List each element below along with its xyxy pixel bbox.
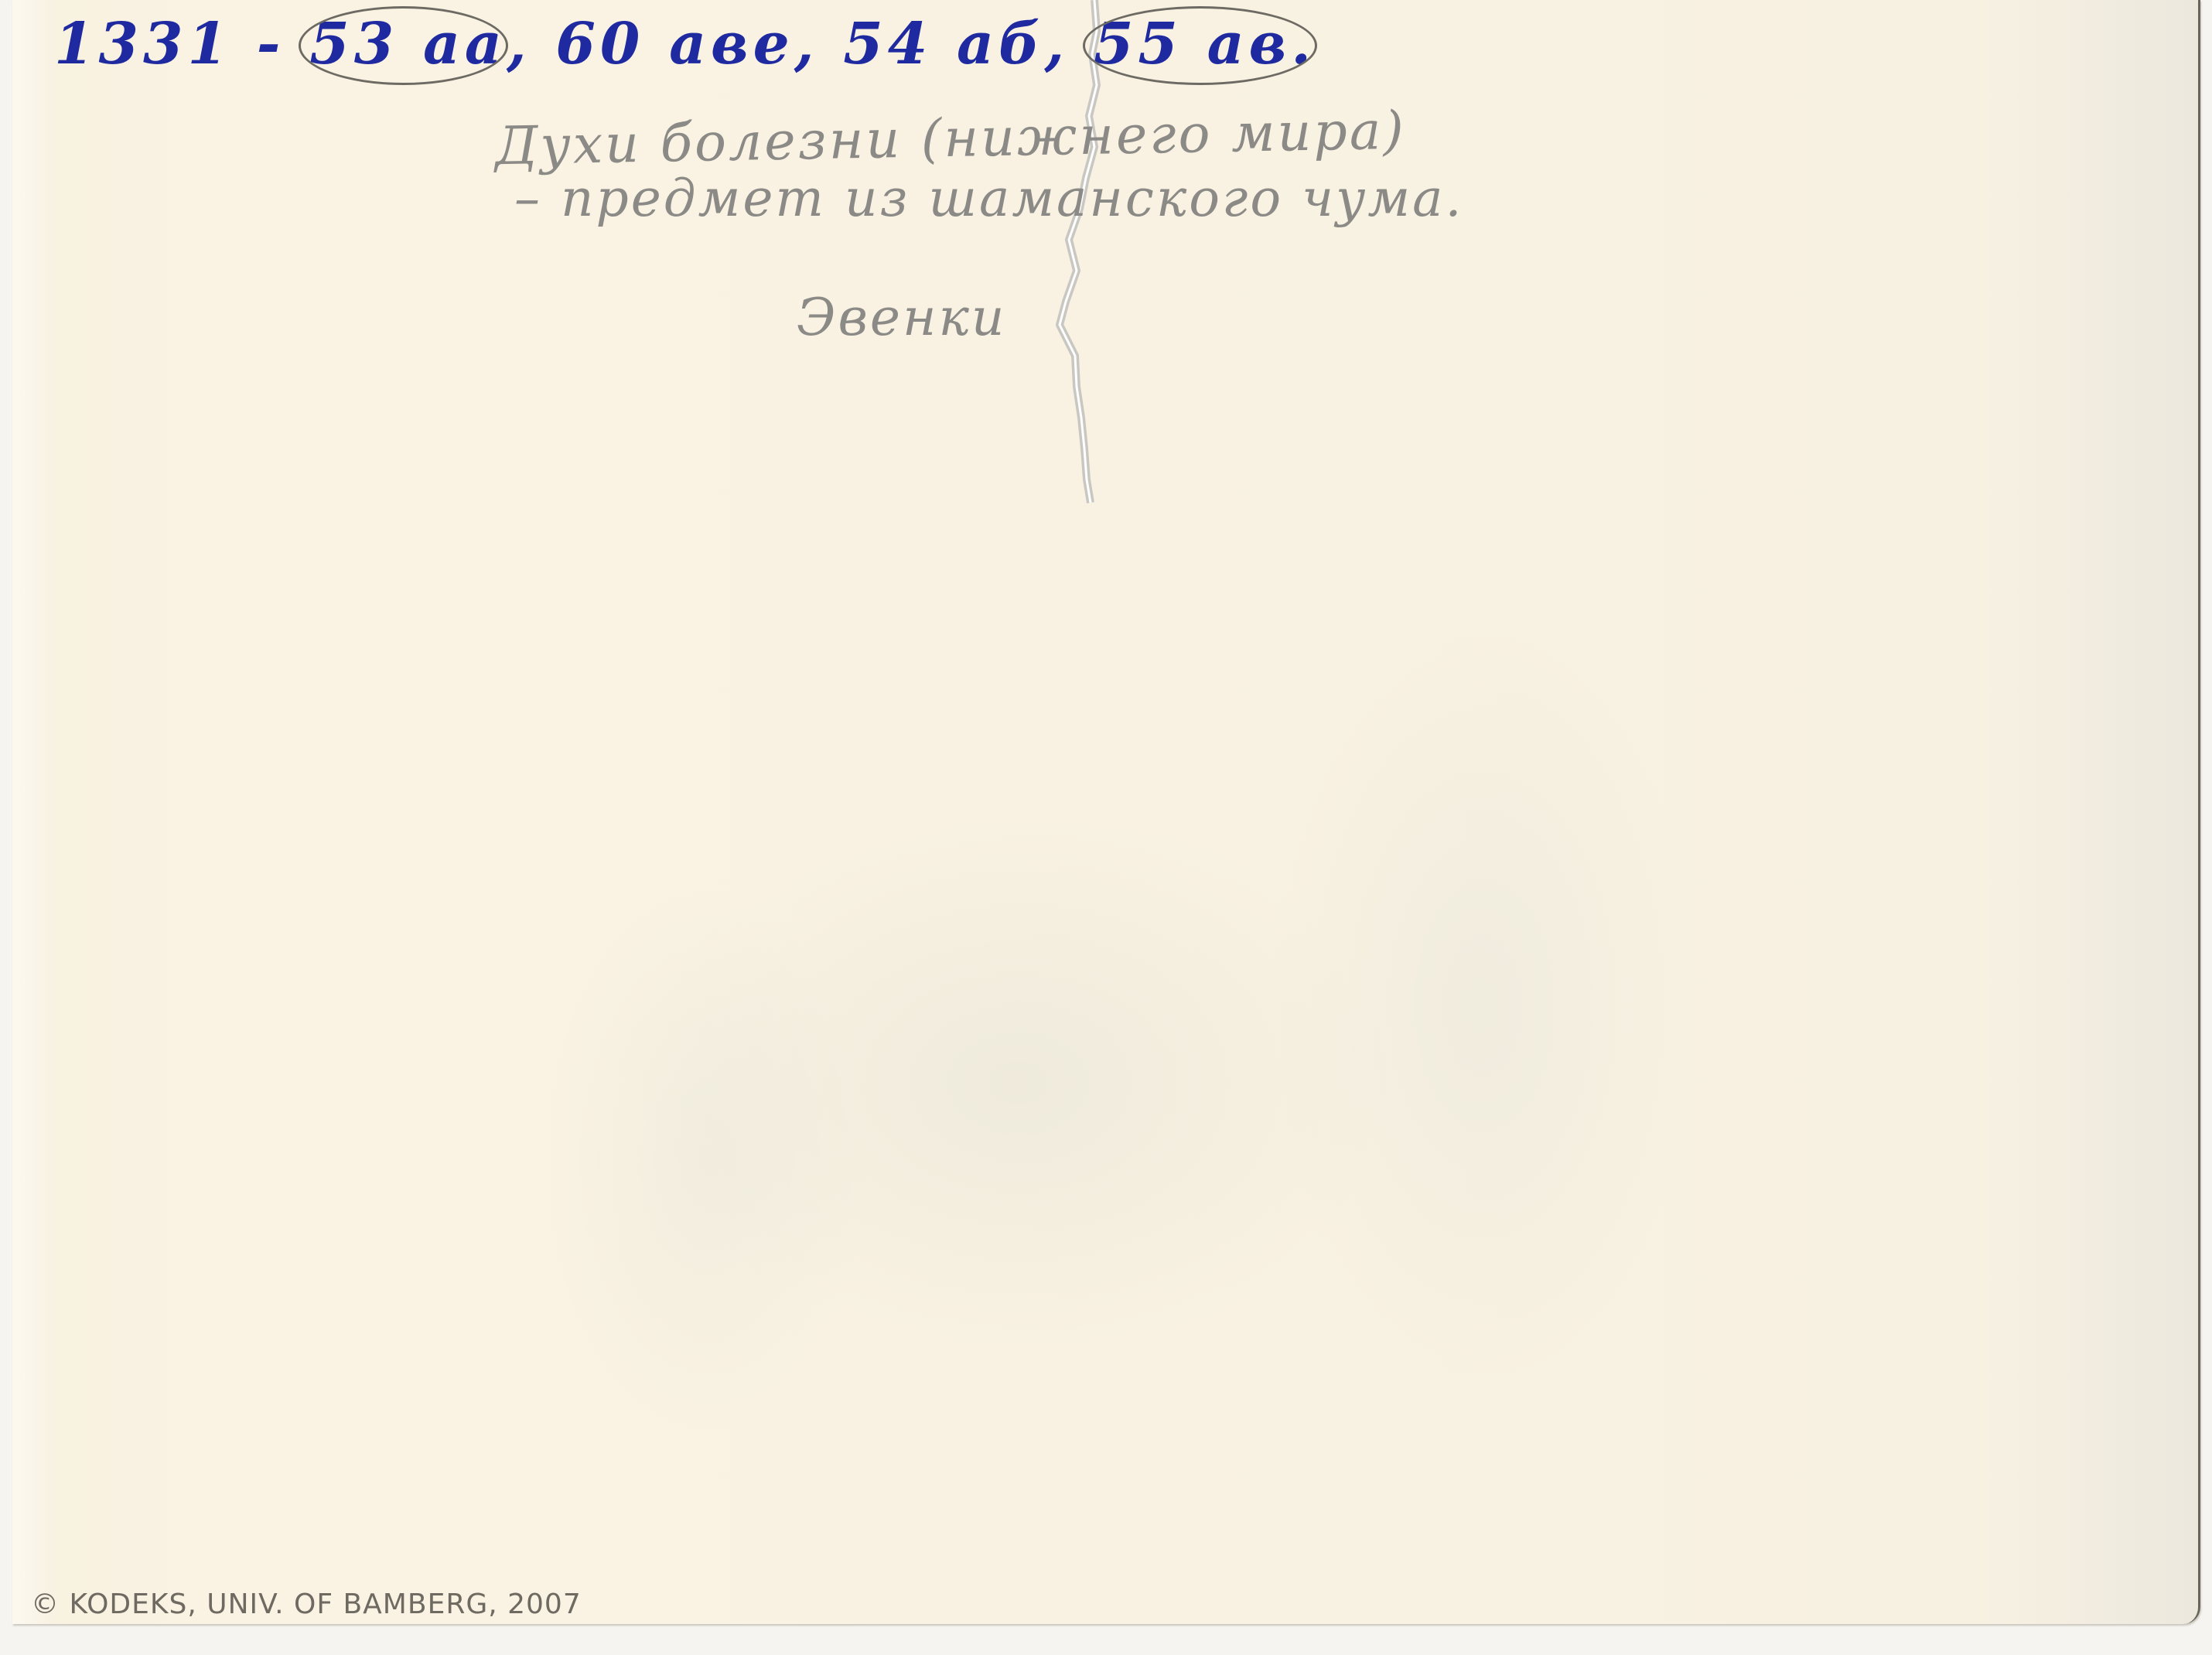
- circled-item-53aa: 53 аа: [309, 11, 507, 77]
- copyright-notice: © KODEKS, UNIV. OF BAMBERG, 2007: [31, 1588, 582, 1620]
- circled-item-55av: 55 ав.: [1094, 11, 1316, 77]
- item-54ab: , 54 аб: [794, 11, 1045, 77]
- photo-reverse-paper: [12, 0, 2200, 1624]
- inventory-number-annotation: 1331 - 53 аа, 60 аве, 54 аб, 55 ав.: [54, 11, 1316, 77]
- pencil-caption-line-2: – предмет из шаманского чума.: [514, 169, 1463, 228]
- item-60ave: , 60 аве: [507, 11, 794, 77]
- pencil-ethnic-group: Эвенки: [797, 288, 1006, 347]
- scanned-page: 1331 - 53 аа, 60 аве, 54 аб, 55 ав. Духи…: [0, 0, 2212, 1655]
- inventory-number: 1331 -: [54, 11, 285, 77]
